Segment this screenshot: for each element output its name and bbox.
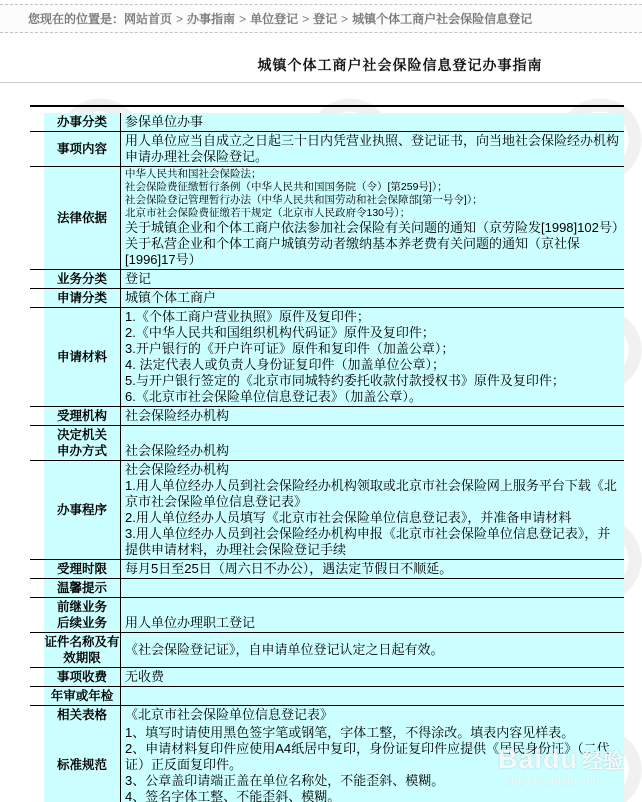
value-line: 4、签名字体工整、不能歪斜、模糊。 bbox=[125, 789, 622, 802]
row-label: 法律依据 bbox=[44, 167, 121, 270]
table-row: 温馨提示 bbox=[30, 579, 624, 598]
row-value: 登记 bbox=[121, 270, 625, 289]
table-row: 法律依据中华人民共和国社会保险法；社会保险费征缴暂行条例（中华人民共和国国务院（… bbox=[30, 167, 624, 270]
value-line: 《社会保险登记证》，自申请单位登记认定之日起有效。 bbox=[125, 642, 622, 658]
breadcrumb-link[interactable]: 网站首页 bbox=[124, 12, 172, 26]
content-divider bbox=[0, 82, 642, 83]
row-gutter bbox=[30, 668, 44, 687]
table-row: 申请材料1.《个体工商户营业执照》原件及复印件；2.《中华人民共和国组织机构代码… bbox=[30, 308, 624, 407]
value-line: 无收费 bbox=[125, 669, 622, 685]
value-line: 城镇个体工商户 bbox=[125, 290, 622, 306]
value-line: 3、公章盖印请端正盖在单位名称处，不能歪斜、模糊。 bbox=[125, 773, 622, 789]
value-line: 参保单位办事 bbox=[125, 114, 622, 130]
value-line: 社会保险经办机构 bbox=[125, 443, 622, 459]
row-gutter bbox=[30, 633, 44, 668]
breadcrumb-prefix: 您现在的位置是： bbox=[28, 12, 124, 26]
value-line: 中华人民共和国社会保险法； bbox=[125, 168, 622, 181]
value-line: 用人单位办理职工登记 bbox=[125, 615, 622, 631]
row-label: 事项收费 bbox=[44, 668, 121, 687]
table-row: 前继业务 后续业务用人单位办理职工登记 bbox=[30, 598, 624, 633]
row-value: 无收费 bbox=[121, 668, 625, 687]
row-value: 社会保险经办机构1.用人单位经办人员到社会保险经办机构领取或北京市社会保险网上服… bbox=[121, 461, 625, 560]
row-value: 1.《个体工商户营业执照》原件及复印件；2.《中华人民共和国组织机构代码证》原件… bbox=[121, 308, 625, 407]
row-value: 《社会保险登记证》，自申请单位登记认定之日起有效。 bbox=[121, 633, 625, 668]
row-label: 受理机构 bbox=[44, 407, 121, 426]
value-line: 2、申请材料复印件应使用A4纸居中复印，身份证复印件应提供《居民身份证》（二代证… bbox=[125, 741, 622, 773]
row-label: 受理时限 bbox=[44, 560, 121, 579]
breadcrumb-link[interactable]: 城镇个体工商户社会保险信息登记 bbox=[352, 12, 532, 26]
row-value: 参保单位办事 bbox=[121, 113, 625, 132]
row-value: 1、填写时请使用黑色签字笔或钢笔，字体工整，不得涂改。填表内容见样表。2、申请材… bbox=[121, 724, 625, 802]
value-line: 1.用人单位经办人员到社会保险经办机构领取或北京市社会保险网上服务平台下载《北京… bbox=[125, 478, 622, 510]
row-gutter bbox=[30, 407, 44, 426]
breadcrumb-link[interactable]: 登记 bbox=[313, 12, 337, 26]
value-line: 登记 bbox=[125, 271, 622, 287]
value-line: 1、填写时请使用黑色签字笔或钢笔，字体工整，不得涂改。填表内容见样表。 bbox=[125, 725, 622, 741]
row-label: 申请分类 bbox=[44, 289, 121, 308]
value-line: 《北京市社会保险单位信息登记表》 bbox=[125, 707, 622, 723]
breadcrumb: 您现在的位置是：网站首页>办事指南>单位登记>登记>城镇个体工商户社会保险信息登… bbox=[0, 4, 642, 33]
value-line: 3.开户银行的《开户许可证》原件和复印件（加盖公章）； bbox=[125, 341, 622, 357]
row-label: 温馨提示 bbox=[44, 579, 121, 598]
value-line: 5.与开户银行签定的《北京市同城特约委托收款付款授权书》原件及复印件； bbox=[125, 373, 622, 389]
row-gutter bbox=[30, 724, 44, 802]
row-gutter bbox=[30, 426, 44, 461]
row-label: 事项内容 bbox=[44, 132, 121, 167]
value-line: 1.《个体工商户营业执照》原件及复印件； bbox=[125, 309, 622, 325]
table-row: 证件名称及有效期限《社会保险登记证》，自申请单位登记认定之日起有效。 bbox=[30, 633, 624, 668]
breadcrumb-separator: > bbox=[239, 12, 246, 26]
row-value bbox=[121, 579, 625, 598]
row-gutter bbox=[30, 579, 44, 598]
value-line: 3.用人单位经办人员到社会保险经办机构申报《北京市社会保险单位信息登记表》，并提… bbox=[125, 526, 622, 558]
page: { "breadcrumb": { "prefix": "您现在的位置是：", … bbox=[0, 0, 642, 802]
value-line: 社会保险登记管理暂行办法（中华人民共和国劳动和社会保障部[第一号令]）； bbox=[125, 194, 622, 207]
row-label: 年审或年检 bbox=[44, 687, 121, 706]
value-line: 每月5日至25日（周六日不办公），遇法定节假日不顺延。 bbox=[125, 561, 622, 577]
row-value: 社会保险经办机构 bbox=[121, 407, 625, 426]
value-line: 用人单位应当自成立之日起三十日内凭营业执照、登记证书，向当地社会保险经办机构申请… bbox=[125, 133, 622, 165]
table-row: 决定机关 申办方式社会保险经办机构 bbox=[30, 426, 624, 461]
value-line: 2.《中华人民共和国组织机构代码证》原件及复印件； bbox=[125, 325, 622, 341]
value-line: 6.《北京市社会保险单位信息登记表》（加盖公章）。 bbox=[125, 389, 622, 405]
row-value bbox=[121, 687, 625, 706]
table-row: 受理时限每月5日至25日（周六日不办公），遇法定节假日不顺延。 bbox=[30, 560, 624, 579]
table-row: 相关表格《北京市社会保险单位信息登记表》 bbox=[30, 706, 624, 725]
row-value: 中华人民共和国社会保险法；社会保险费征缴暂行条例（中华人民共和国国务院（令）[第… bbox=[121, 167, 625, 270]
row-value: 《北京市社会保险单位信息登记表》 bbox=[121, 706, 625, 725]
row-label: 标准规范 bbox=[44, 724, 121, 802]
row-gutter bbox=[30, 270, 44, 289]
row-gutter bbox=[30, 598, 44, 633]
breadcrumb-link[interactable]: 办事指南 bbox=[187, 12, 235, 26]
table-row: 年审或年检 bbox=[30, 687, 624, 706]
breadcrumb-separator: > bbox=[341, 12, 348, 26]
row-gutter bbox=[30, 560, 44, 579]
table-row: 事项收费无收费 bbox=[30, 668, 624, 687]
row-gutter bbox=[30, 113, 44, 132]
row-label: 决定机关 申办方式 bbox=[44, 426, 121, 461]
value-line: 社会保险经办机构 bbox=[125, 408, 622, 424]
row-gutter bbox=[30, 289, 44, 308]
page-title: 城镇个体工商户社会保险信息登记办事指南 bbox=[0, 55, 642, 75]
row-label: 办事分类 bbox=[44, 113, 121, 132]
table-row: 办事分类参保单位办事 bbox=[30, 113, 624, 132]
breadcrumb-links: 网站首页>办事指南>单位登记>登记>城镇个体工商户社会保险信息登记 bbox=[124, 12, 532, 26]
value-line: 关于私营企业和个体工商户城镇劳动者缴纳基本养老费有关问题的通知（京社保[1996… bbox=[125, 236, 622, 268]
row-label: 办事程序 bbox=[44, 461, 121, 560]
row-gutter bbox=[30, 687, 44, 706]
row-value: 用人单位应当自成立之日起三十日内凭营业执照、登记证书，向当地社会保险经办机构申请… bbox=[121, 132, 625, 167]
breadcrumb-separator: > bbox=[302, 12, 309, 26]
value-line: 4. 法定代表人或负责人身份证复印件（加盖单位公章）； bbox=[125, 357, 622, 373]
row-label: 申请材料 bbox=[44, 308, 121, 407]
table-row: 标准规范1、填写时请使用黑色签字笔或钢笔，字体工整，不得涂改。填表内容见样表。2… bbox=[30, 724, 624, 802]
row-label: 前继业务 后续业务 bbox=[44, 598, 121, 633]
breadcrumb-link[interactable]: 单位登记 bbox=[250, 12, 298, 26]
value-line: 2.用人单位经办人员填写《北京市社会保险单位信息登记表》，并准备申请材料 bbox=[125, 510, 622, 526]
guide-table-body: 办事分类参保单位办事事项内容用人单位应当自成立之日起三十日内凭营业执照、登记证书… bbox=[30, 113, 624, 802]
table-row: 申请分类城镇个体工商户 bbox=[30, 289, 624, 308]
table-row: 事项内容用人单位应当自成立之日起三十日内凭营业执照、登记证书，向当地社会保险经办… bbox=[30, 132, 624, 167]
table-row: 受理机构社会保险经办机构 bbox=[30, 407, 624, 426]
row-value: 每月5日至25日（周六日不办公），遇法定节假日不顺延。 bbox=[121, 560, 625, 579]
table-row: 办事程序社会保险经办机构1.用人单位经办人员到社会保险经办机构领取或北京市社会保… bbox=[30, 461, 624, 560]
row-value: 社会保险经办机构 bbox=[121, 426, 625, 461]
row-value: 城镇个体工商户 bbox=[121, 289, 625, 308]
value-line: 关于城镇企业和个体工商户依法参加社会保险有关问题的通知（京劳险发[1998]10… bbox=[125, 220, 622, 236]
value-line: 北京市社会保险费征缴若干规定（北京市人民政府令130号）； bbox=[125, 207, 622, 220]
value-line: 社会保险费征缴暂行条例（中华人民共和国国务院（令）[第259号]）； bbox=[125, 181, 622, 194]
row-gutter bbox=[30, 461, 44, 560]
breadcrumb-separator: > bbox=[176, 12, 183, 26]
row-label: 证件名称及有效期限 bbox=[44, 633, 121, 668]
table-row: 业务分类登记 bbox=[30, 270, 624, 289]
row-label: 业务分类 bbox=[44, 270, 121, 289]
table-top-border bbox=[30, 105, 624, 107]
row-gutter bbox=[30, 132, 44, 167]
value-line: 社会保险经办机构 bbox=[125, 462, 622, 478]
row-gutter bbox=[30, 706, 44, 725]
row-gutter bbox=[30, 308, 44, 407]
row-label: 相关表格 bbox=[44, 706, 121, 725]
row-gutter bbox=[30, 167, 44, 270]
guide-table: 办事分类参保单位办事事项内容用人单位应当自成立之日起三十日内凭营业执照、登记证书… bbox=[30, 113, 624, 802]
row-value: 用人单位办理职工登记 bbox=[121, 598, 625, 633]
